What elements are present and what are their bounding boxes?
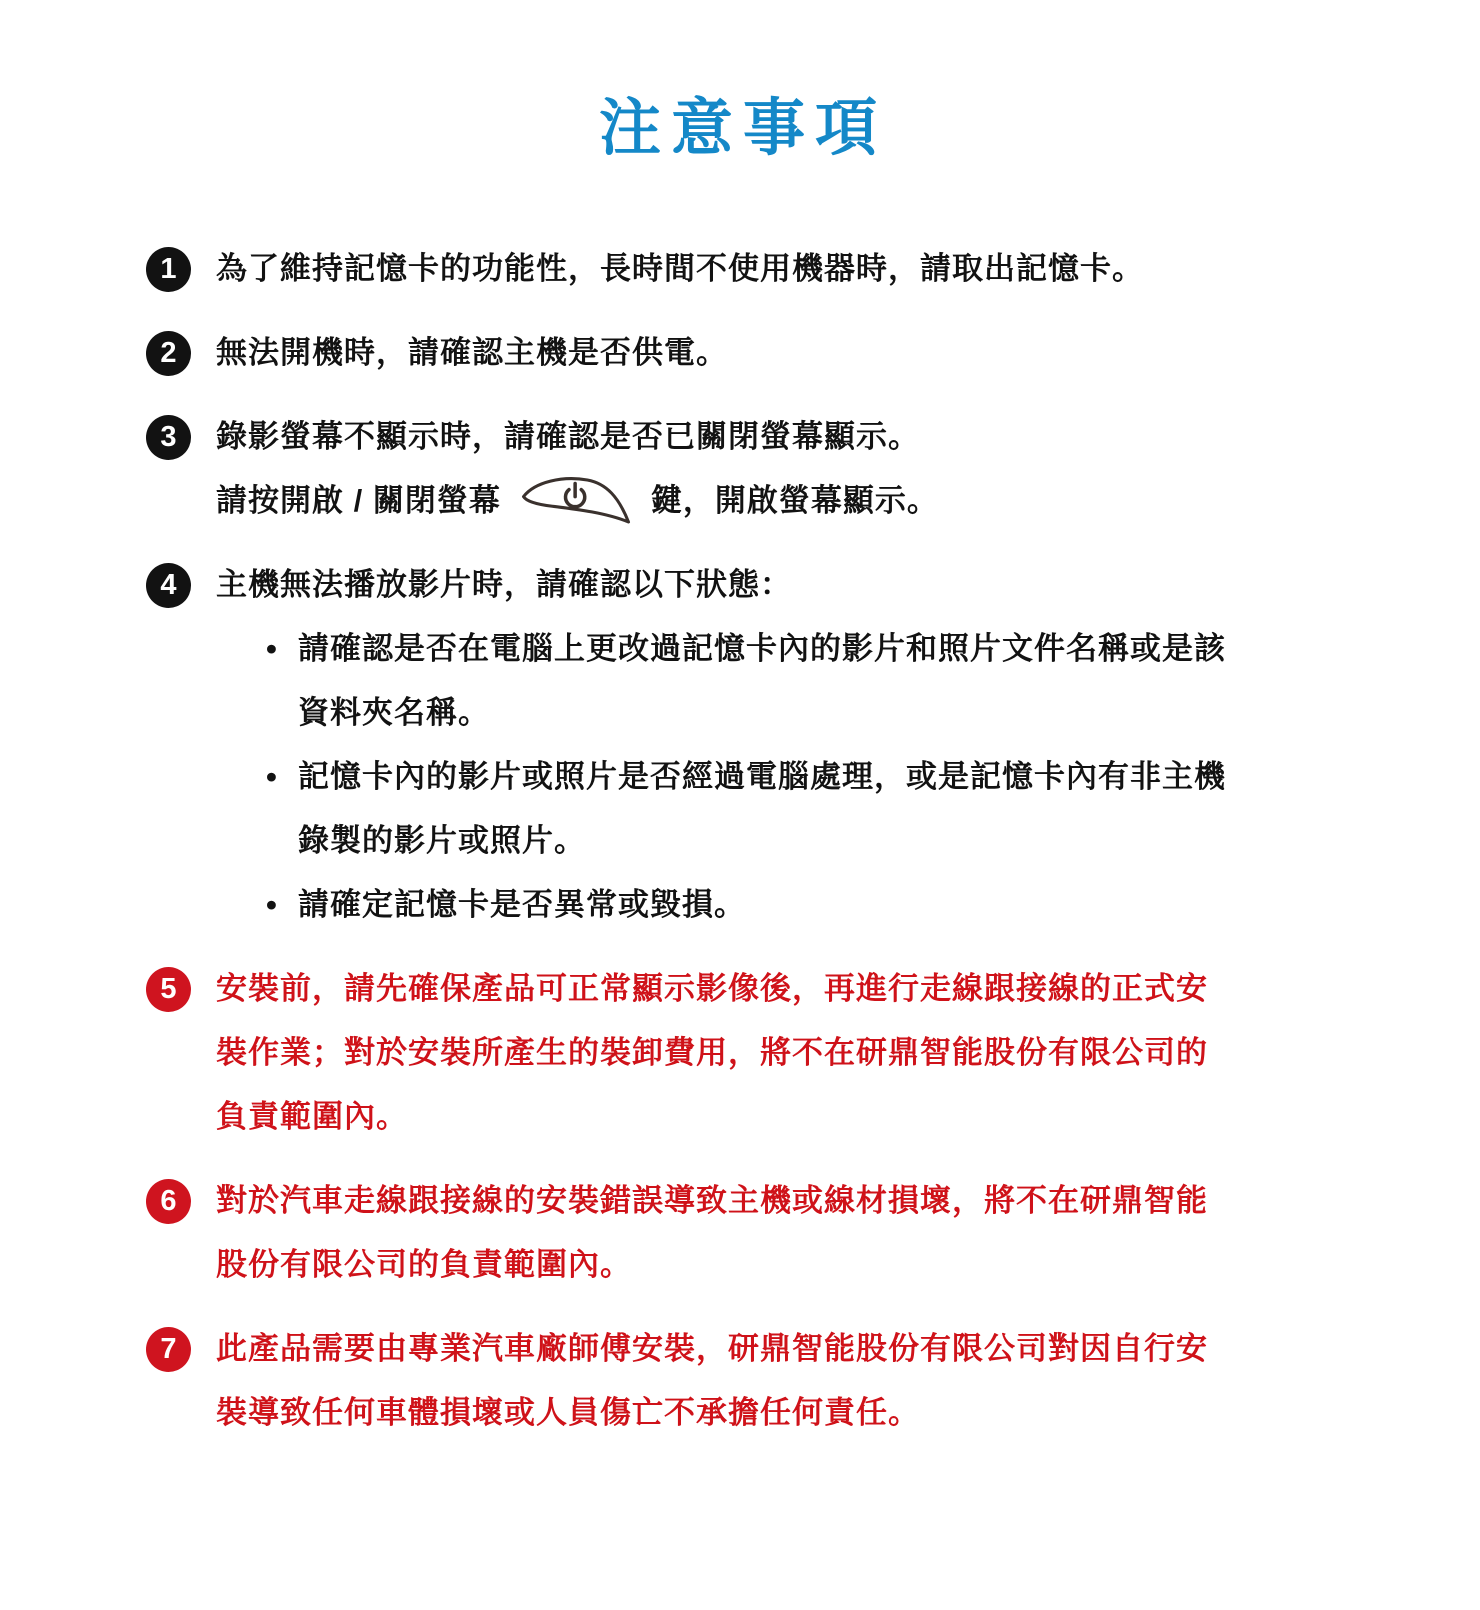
icon-line-prefix: 請按開啟 / 關閉螢幕 bbox=[216, 469, 501, 533]
item-number-badge: 5 bbox=[146, 967, 191, 1012]
bullet-item: • 記憶卡內的影片或照片是否經過電腦處理，或是記憶卡內有非主機 錄製的影片或照片… bbox=[266, 745, 1226, 873]
list-item-3: 3 錄影螢幕不顯示時，請確認是否已關閉螢幕顯示。 請按開啟 / 關閉螢幕 鍵，開… bbox=[146, 405, 1340, 533]
text-line: 錄影螢幕不顯示時，請確認是否已關閉螢幕顯示。 bbox=[216, 405, 939, 469]
text-line-with-icon: 請按開啟 / 關閉螢幕 鍵，開啟螢幕顯示。 bbox=[216, 469, 939, 533]
text-line: 負責範圍內。 bbox=[216, 1085, 1208, 1149]
list-item-6: 6 對於汽車走線跟接線的安裝錯誤導致主機或線材損壞，將不在研鼎智能 股份有限公司… bbox=[146, 1169, 1340, 1297]
bullet-icon: • bbox=[266, 617, 298, 681]
bullet-item: • 請確定記憶卡是否異常或毀損。 bbox=[266, 873, 1226, 937]
text-line: 錄製的影片或照片。 bbox=[298, 809, 1226, 873]
text-line: 無法開機時，請確認主機是否供電。 bbox=[216, 321, 728, 385]
text-line: 資料夾名稱。 bbox=[298, 681, 1226, 745]
item-text: 無法開機時，請確認主機是否供電。 bbox=[216, 321, 728, 385]
list-item-1: 1 為了維持記憶卡的功能性，長時間不使用機器時，請取出記憶卡。 bbox=[146, 237, 1340, 301]
item-text: 對於汽車走線跟接線的安裝錯誤導致主機或線材損壞，將不在研鼎智能 股份有限公司的負… bbox=[216, 1169, 1208, 1297]
bullet-item: • 請確認是否在電腦上更改過記憶卡內的影片和照片文件名稱或是該 資料夾名稱。 bbox=[266, 617, 1226, 745]
bullet-text: 請確定記憶卡是否異常或毀損。 bbox=[298, 873, 746, 937]
list-item-2: 2 無法開機時，請確認主機是否供電。 bbox=[146, 321, 1340, 385]
text-line: 記憶卡內的影片或照片是否經過電腦處理，或是記憶卡內有非主機 bbox=[298, 745, 1226, 809]
icon-line-suffix: 鍵，開啟螢幕顯示。 bbox=[651, 469, 939, 533]
item-number-badge: 7 bbox=[146, 1327, 191, 1372]
item-text: 此產品需要由專業汽車廠師傅安裝，研鼎智能股份有限公司對因自行安 裝導致任何車體損… bbox=[216, 1317, 1208, 1445]
text-line: 主機無法播放影片時，請確認以下狀態： bbox=[216, 553, 1226, 617]
page-title: 注意事項 bbox=[146, 96, 1340, 161]
text-line: 對於汽車走線跟接線的安裝錯誤導致主機或線材損壞，將不在研鼎智能 bbox=[216, 1169, 1208, 1233]
item-number-badge: 2 bbox=[146, 331, 191, 376]
text-line: 請確定記憶卡是否異常或毀損。 bbox=[298, 873, 746, 937]
item-number-badge: 4 bbox=[146, 563, 191, 608]
bullet-icon: • bbox=[266, 745, 298, 809]
bullet-icon: • bbox=[266, 873, 298, 937]
item-text: 錄影螢幕不顯示時，請確認是否已關閉螢幕顯示。 請按開啟 / 關閉螢幕 鍵，開啟螢… bbox=[216, 405, 939, 533]
item-number-badge: 3 bbox=[146, 415, 191, 460]
text-line: 裝導致任何車體損壞或人員傷亡不承擔任何責任。 bbox=[216, 1381, 1208, 1445]
item-text: 主機無法播放影片時，請確認以下狀態： • 請確認是否在電腦上更改過記憶卡內的影片… bbox=[216, 553, 1226, 937]
list-item-5: 5 安裝前，請先確保產品可正常顯示影像後，再進行走線跟接線的正式安 裝作業；對於… bbox=[146, 957, 1340, 1149]
item-text: 安裝前，請先確保產品可正常顯示影像後，再進行走線跟接線的正式安 裝作業；對於安裝… bbox=[216, 957, 1208, 1149]
bullet-text: 記憶卡內的影片或照片是否經過電腦處理，或是記憶卡內有非主機 錄製的影片或照片。 bbox=[298, 745, 1226, 873]
item-text: 為了維持記憶卡的功能性，長時間不使用機器時，請取出記憶卡。 bbox=[216, 237, 1144, 301]
list-item-7: 7 此產品需要由專業汽車廠師傅安裝，研鼎智能股份有限公司對因自行安 裝導致任何車… bbox=[146, 1317, 1340, 1445]
power-key-icon bbox=[517, 473, 635, 529]
item-number-badge: 1 bbox=[146, 247, 191, 292]
bullet-text: 請確認是否在電腦上更改過記憶卡內的影片和照片文件名稱或是該 資料夾名稱。 bbox=[298, 617, 1226, 745]
text-line: 股份有限公司的負責範圍內。 bbox=[216, 1233, 1208, 1297]
list-item-4: 4 主機無法播放影片時，請確認以下狀態： • 請確認是否在電腦上更改過記憶卡內的… bbox=[146, 553, 1340, 937]
precautions-page: 注意事項 1 為了維持記憶卡的功能性，長時間不使用機器時，請取出記憶卡。 2 無… bbox=[0, 0, 1480, 1445]
text-line: 安裝前，請先確保產品可正常顯示影像後，再進行走線跟接線的正式安 bbox=[216, 957, 1208, 1021]
item-number-badge: 6 bbox=[146, 1179, 191, 1224]
text-line: 為了維持記憶卡的功能性，長時間不使用機器時，請取出記憶卡。 bbox=[216, 237, 1144, 301]
text-line: 此產品需要由專業汽車廠師傅安裝，研鼎智能股份有限公司對因自行安 bbox=[216, 1317, 1208, 1381]
text-line: 裝作業；對於安裝所產生的裝卸費用，將不在研鼎智能股份有限公司的 bbox=[216, 1021, 1208, 1085]
text-line: 請確認是否在電腦上更改過記憶卡內的影片和照片文件名稱或是該 bbox=[298, 617, 1226, 681]
bullet-list: • 請確認是否在電腦上更改過記憶卡內的影片和照片文件名稱或是該 資料夾名稱。 •… bbox=[266, 617, 1226, 937]
